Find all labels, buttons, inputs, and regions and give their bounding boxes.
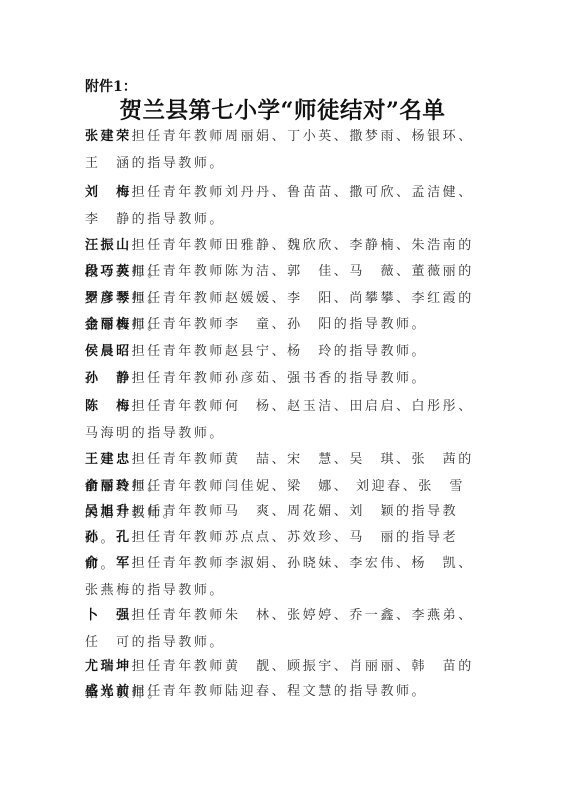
mentor-name: 吴旭升 [85, 504, 132, 519]
mentor-name: 罗彦琴 [85, 291, 132, 306]
mentor-name: 张建荣 [85, 129, 132, 144]
mentor-name: 盛光前 [85, 684, 132, 699]
entry-1: 张建荣担任青年教师周丽娟、丁小英、撒梦雨、杨银环、王 涵的指导教师。 [85, 123, 479, 177]
entry-text: 担任青年教师孙彦茹、强书香的指导教师。 [132, 371, 427, 386]
entry-text: 担任青年教师李 童、孙 阳的指导教师。 [132, 317, 427, 332]
document-page: 附件1： 贺兰县第七小学“师徒结对”名单 张建荣担任青年教师周丽娟、丁小英、撒梦… [0, 0, 565, 800]
mentor-name: 王建忠 [85, 452, 132, 467]
entry-text: 担任青年教师朱 林、张婷婷、乔一鑫、李燕弟、任 可的指导教师。 [85, 608, 474, 650]
mentor-name: 卜 强 [85, 608, 132, 623]
entry-text: 担任青年教师陆迎春、程文慧的指导教师。 [132, 684, 427, 699]
document-title: 贺兰县第七小学“师徒结对”名单 [0, 93, 565, 125]
mentor-name: 俞丽玲 [85, 479, 132, 494]
mentor-name: 俞 军 [85, 556, 132, 571]
entry-2: 刘 梅担任青年教师刘丹丹、鲁苗苗、撒可欣、孟洁健、李 静的指导教师。 [85, 179, 479, 233]
entry-7: 侯晨昭担任青年教师赵县宁、杨 玲的指导教师。 [85, 338, 479, 365]
mentor-name: 孙 孔 [85, 530, 132, 545]
mentor-name: 孙 静 [85, 371, 132, 386]
entry-9: 陈 梅担任青年教师何 杨、赵玉洁、田启启、白彤彤、马海明的指导教师。 [85, 393, 479, 447]
mentor-name: 刘 梅 [85, 185, 132, 200]
mentor-name: 汪振山 [85, 238, 132, 253]
mentor-name: 陈 梅 [85, 399, 132, 414]
mentor-name: 金丽梅 [85, 317, 132, 332]
entry-15: 卜 强担任青年教师朱 林、张婷婷、乔一鑫、李燕弟、任 可的指导教师。 [85, 602, 479, 656]
entry-text: 担任青年教师刘丹丹、鲁苗苗、撒可欣、孟洁健、李 静的指导教师。 [85, 185, 474, 227]
entry-text: 担任青年教师周丽娟、丁小英、撒梦雨、杨银环、王 涵的指导教师。 [85, 129, 474, 171]
mentor-name: 段巧英 [85, 264, 132, 279]
entry-14: 俞 军担任青年教师李淑娟、孙晓妹、李宏伟、杨 凯、张燕梅的指导教师。 [85, 550, 479, 604]
entry-text: 担任青年教师李淑娟、孙晓妹、李宏伟、杨 凯、张燕梅的指导教师。 [85, 556, 474, 598]
entry-text: 担任青年教师赵县宁、杨 玲的指导教师。 [132, 344, 427, 359]
mentor-name: 尤瑞坤 [85, 659, 132, 674]
entry-6: 金丽梅担任青年教师李 童、孙 阳的指导教师。 [85, 311, 479, 338]
entry-8: 孙 静担任青年教师孙彦茹、强书香的指导教师。 [85, 365, 479, 392]
mentor-name: 侯晨昭 [85, 344, 132, 359]
entry-17: 盛光前担任青年教师陆迎春、程文慧的指导教师。 [85, 678, 479, 705]
entry-text: 担任青年教师何 杨、赵玉洁、田启启、白彤彤、马海明的指导教师。 [85, 399, 474, 441]
